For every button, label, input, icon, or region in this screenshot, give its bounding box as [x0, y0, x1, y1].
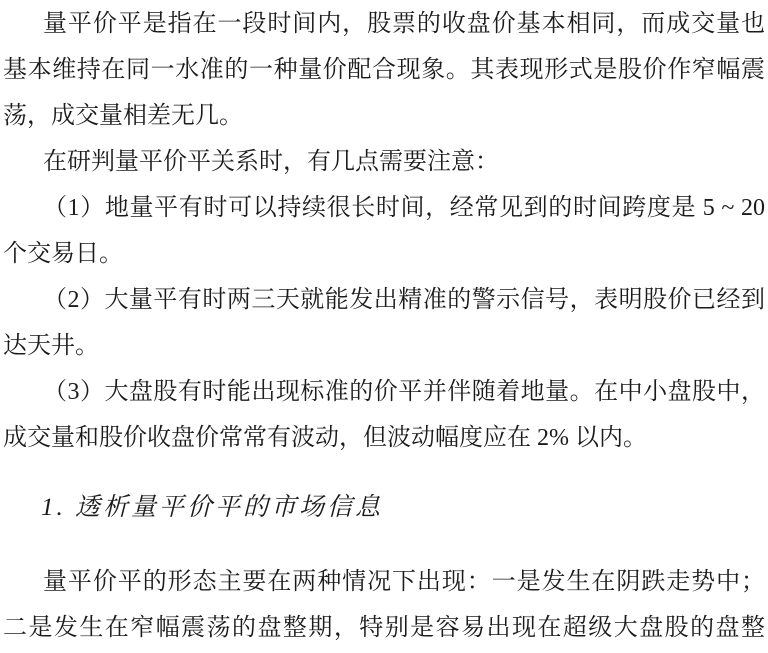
text-line: （1）地量平有时可以持续很长时间，经常见到的时间跨度是 5 ~ 20 — [3, 185, 765, 231]
paragraph-note-3: （3）大盘股有时能出现标准的价平并伴随着地量。在中小盘股中， 成交量和股价收盘价… — [3, 369, 765, 461]
text-line: 个交易日。 — [3, 231, 765, 277]
paragraph-note-2: （2）大量平有时两三天就能发出精准的警示信号，表明股价已经到 达天井。 — [3, 277, 765, 369]
text-line: 二是发生在窄幅震荡的盘整期，特别是容易出现在超级大盘股的盘整期。 — [3, 605, 765, 651]
text-line: 基本维持在同一水准的一种量价配合现象。其表现形式是股价作窄幅震 — [3, 47, 765, 93]
text-line: 在研判量平价平关系时，有几点需要注意： — [3, 139, 765, 185]
text-line: （2）大量平有时两三天就能发出精准的警示信号，表明股价已经到 — [3, 277, 765, 323]
document-page: 量平价平是指在一段时间内，股票的收盘价基本相同，而成交量也 基本维持在同一水准的… — [0, 0, 768, 653]
section-heading: 1. 透析量平价平的市场信息 — [3, 485, 765, 531]
text-line: （3）大盘股有时能出现标准的价平并伴随着地量。在中小盘股中， — [3, 369, 765, 415]
text-line: 荡，成交量相差无几。 — [3, 93, 765, 139]
text-line: 量平价平的形态主要在两种情况下出现：一是发生在阴跌走势中； — [3, 559, 765, 605]
paragraph: 量平价平是指在一段时间内，股票的收盘价基本相同，而成交量也 基本维持在同一水准的… — [3, 1, 765, 139]
text-line: 量平价平是指在一段时间内，股票的收盘价基本相同，而成交量也 — [3, 1, 765, 47]
text-line: 达天井。 — [3, 323, 765, 369]
text-line: 成交量和股价收盘价常常有波动，但波动幅度应在 2% 以内。 — [3, 415, 765, 461]
paragraph: 量平价平的形态主要在两种情况下出现：一是发生在阴跌走势中； 二是发生在窄幅震荡的… — [3, 559, 765, 651]
paragraph: 在研判量平价平关系时，有几点需要注意： — [3, 139, 765, 185]
paragraph-note-1: （1）地量平有时可以持续很长时间，经常见到的时间跨度是 5 ~ 20 个交易日。 — [3, 185, 765, 277]
